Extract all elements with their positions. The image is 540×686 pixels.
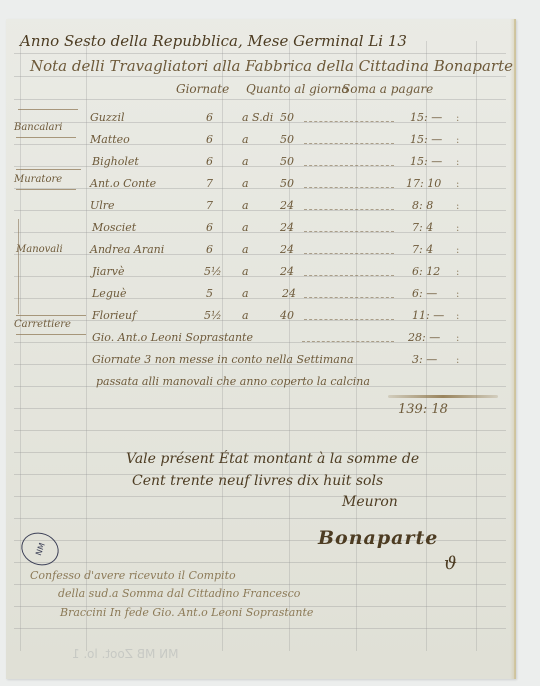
signature-flourish: ϑ [444,553,457,574]
worker-amount: 15: — [410,155,442,168]
category-bancalari: Bancalari [14,122,62,133]
worker-rate: 24 [280,199,294,212]
worker-days: 7 [206,177,213,190]
worker-rate: 24 [280,243,294,256]
worker-amount: 28: — [408,331,440,344]
worker-rate: 24 [280,221,294,234]
worker-rate-prefix: a [242,221,249,234]
attestation-line-2: Cent trente neuf livres dix huit sols [132,473,383,489]
worker-rate-prefix: a [242,177,249,190]
worker-days: 6 [206,243,213,256]
worker-days: 5 [206,287,213,300]
worker-rate: 24 [280,265,294,278]
worker-rate-prefix: a [242,133,249,146]
worker-rate: 50 [280,111,294,124]
column-header-amount: Soma a pagare [342,82,433,96]
worker-amount: 8: 8 [412,199,433,212]
worker-days: 5½ [204,309,222,322]
worker-days: 6 [206,155,213,168]
column-header-days: Giornate [176,82,229,96]
worker-rate: 40 [280,309,294,322]
signature-bonaparte: Bonaparte [318,527,438,549]
header-line-2: Nota delli Travagliatori alla Fabbrica d… [30,57,513,75]
category-muratore: Muratore [14,174,62,185]
worker-rate-prefix: a [242,243,249,256]
worker-note: passata alli manovali che anno coperto l… [96,375,370,388]
worker-days: 6 [206,133,213,146]
worker-name: Leguè [92,287,126,300]
worker-rate-prefix: a [242,309,249,322]
worker-amount: 11: — [412,309,444,322]
attestation-line-1: Vale présent État montant à la somme de [126,451,419,467]
worker-days: 5½ [204,265,222,278]
worker-amount: 17: 10 [406,177,441,190]
worker-days: 6 [206,221,213,234]
worker-rate-prefix: a [242,287,249,300]
worker-amount: 6: — [412,287,437,300]
worker-amount: 6: 12 [412,265,440,278]
worker-amount: 3: — [412,353,437,366]
worker-name: Guzzil [90,111,125,124]
category-manovali: Manovali [16,244,63,255]
signature-meuron: Meuron [342,494,398,510]
worker-name: Andrea Arani [90,243,164,256]
worker-amount: 7: 4 [412,243,433,256]
worker-rate-prefix: a [242,265,249,278]
stamp-text: NM [34,541,47,556]
worker-amount: 15: — [410,133,442,146]
worker-note: Giornate 3 non messe in conto nella Sett… [92,353,354,366]
worker-amount: 15: — [410,111,442,124]
worker-name: Matteo [90,133,130,146]
worker-rate-prefix: a [242,155,249,168]
library-stamp: NM [17,527,64,570]
worker-rate: 50 [280,155,294,168]
worker-rate: 24 [282,287,296,300]
worker-name: Ant.o Conte [90,177,156,190]
worker-name: Mosciet [92,221,136,234]
worker-amount: 7: 4 [412,221,433,234]
worker-name: Bigholet [92,155,139,168]
worker-rate-prefix: a S.di [242,111,273,124]
total-amount: 139: 18 [398,402,448,417]
column-header-per-day: Quanto al giorno [246,82,349,96]
receipt-line-3: Braccini In fede Gio. Ant.o Leoni Sopras… [60,606,313,619]
worker-name: Ulre [90,199,115,212]
header-line-1: Anno Sesto della Repubblica, Mese Germin… [20,32,407,50]
shelfmark-bleedthrough: MN MB Zoot. lo. 1 [72,647,179,661]
worker-days: 7 [206,199,213,212]
worker-rate-prefix: a [242,199,249,212]
document-page: Anno Sesto della Repubblica, Mese Germin… [6,19,516,679]
category-carrettiere: Carrettiere [14,319,71,330]
receipt-line-2: della sud.a Somma dal Cittadino Francesc… [58,587,300,600]
worker-days: 6 [206,111,213,124]
worker-name: Jiarvè [92,265,124,278]
worker-rate: 50 [280,133,294,146]
worker-name: Florieuf [92,309,136,322]
worker-name: Gio. Ant.o Leoni Soprastante [92,331,253,344]
worker-rate: 50 [280,177,294,190]
receipt-line-1: Confesso d'avere ricevuto il Compito [30,569,236,582]
